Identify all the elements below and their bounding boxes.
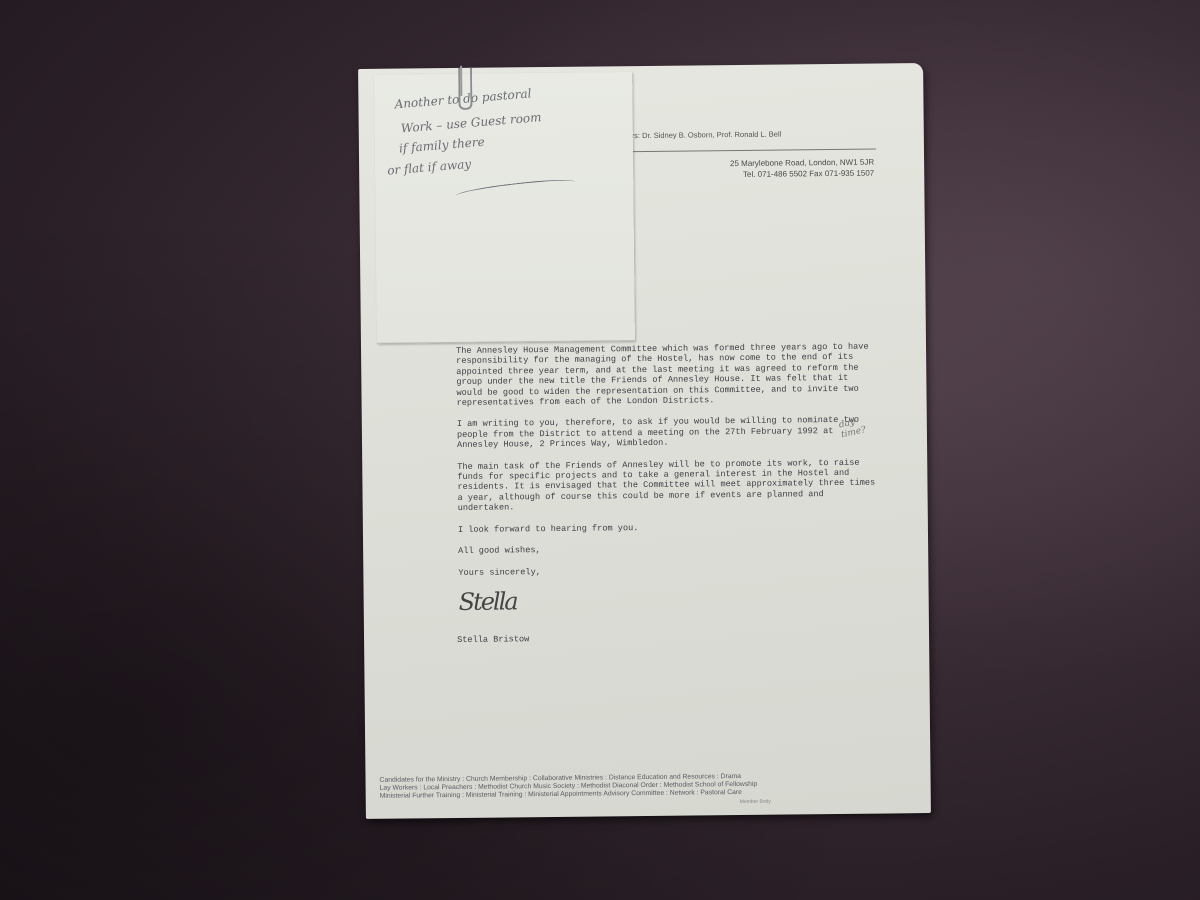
letterhead-footer: Candidates for the Ministry : Church Mem… bbox=[380, 771, 920, 809]
phone-fax-line: Tel. 071-486 5502 Fax 071-935 1507 bbox=[730, 168, 874, 181]
paperclip-wire bbox=[460, 66, 466, 96]
body-paragraph: The Annesley House Management Committee … bbox=[456, 342, 877, 409]
handwritten-note-line: if family there bbox=[398, 135, 485, 156]
letter-page: h urers: Dr. Sidney B. Osborn, Prof. Ron… bbox=[358, 63, 931, 819]
letterhead-divider bbox=[621, 149, 876, 153]
letter-body: The Annesley House Management Committee … bbox=[456, 342, 879, 589]
body-paragraph: I am writing to you, therefore, to ask i… bbox=[457, 415, 877, 451]
handwritten-note-line: or flat if away bbox=[387, 157, 472, 178]
body-paragraph: The main task of the Friends of Annesley… bbox=[457, 457, 878, 513]
handwritten-note-line: Work – use Guest room bbox=[400, 110, 542, 135]
letterhead-officers: urers: Dr. Sidney B. Osborn, Prof. Ronal… bbox=[621, 130, 782, 141]
body-paragraph: All good wishes, bbox=[458, 542, 878, 557]
sticky-note: Another to do pastoral Work – use Guest … bbox=[374, 72, 635, 344]
signature: Stella bbox=[459, 587, 517, 616]
body-paragraph: I look forward to hearing from you. bbox=[458, 520, 878, 535]
letterhead-address: 25 Marylebone Road, London, NW1 5JR Tel.… bbox=[730, 157, 874, 181]
closing: Yours sincerely, bbox=[458, 563, 878, 578]
signer-name: Stella Bristow bbox=[457, 634, 529, 645]
handwritten-underline bbox=[455, 176, 575, 201]
